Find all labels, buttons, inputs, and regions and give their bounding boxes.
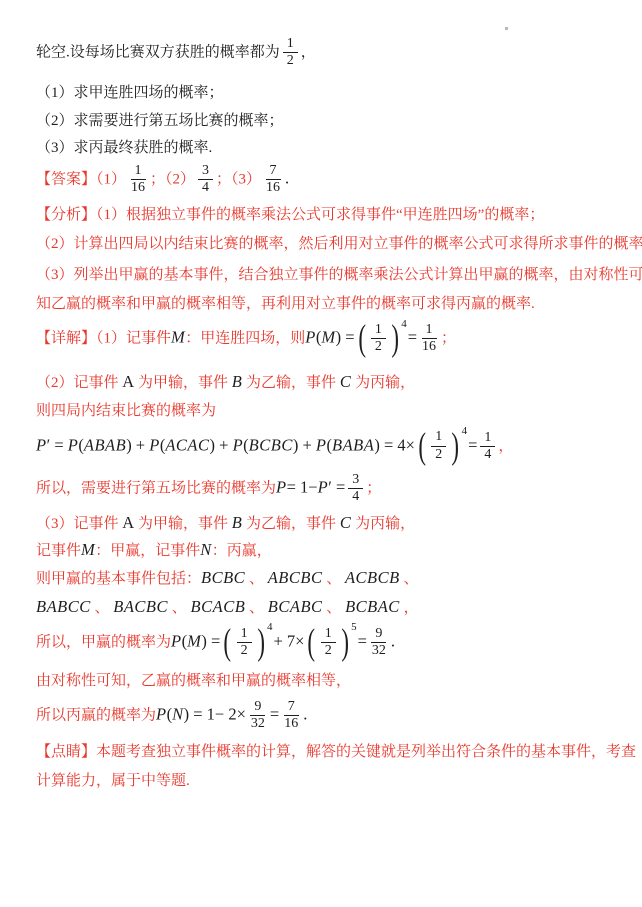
math-run: P	[316, 435, 327, 454]
red-text-run: 为乙输，事件	[242, 516, 340, 532]
fraction-denominator: 16	[420, 339, 438, 355]
text-line-12: 则四局内结束比赛的概率为	[36, 399, 626, 420]
fraction: 12	[237, 626, 252, 659]
red-text-run: 、	[168, 600, 191, 616]
math-run: ACBCB	[345, 568, 400, 587]
fraction-numerator: 1	[237, 626, 252, 643]
red-text-run: 所以，需要进行第五场比赛的概率为	[36, 480, 276, 496]
parenthesized-fraction-power: (12)4	[221, 625, 272, 660]
text-line-14: 所以，需要进行第五场比赛的概率为P= 1−P′ =34；	[36, 472, 626, 505]
red-text-run: ，	[400, 600, 419, 616]
math-run: BABA	[332, 435, 374, 454]
math-run: ) =	[201, 631, 220, 650]
fraction-denominator: 2	[239, 643, 250, 659]
red-text-run: 【点睛】本题考查独立事件概率的计算，解答的关键就是列举出符合条件的基本事件，考查	[36, 744, 636, 760]
math-run: ABCBC	[268, 568, 323, 587]
fraction-denominator: 2	[433, 447, 444, 463]
math-run: = 1−	[287, 477, 318, 496]
math-run: BCABC	[268, 597, 323, 616]
fraction-numerator: 3	[198, 163, 213, 180]
fraction-numerator: 1	[131, 163, 146, 180]
math-run: ) = 4×	[374, 435, 415, 454]
math-run: BCBC	[249, 435, 293, 454]
fraction-numerator: 7	[266, 163, 281, 180]
text-line-9: 知乙赢的概率和甲赢的概率相等，再利用对立事件的概率可求得丙赢的概率.	[36, 292, 626, 313]
text-line-17: 则甲赢的基本事件包括：BCBC 、 ABCBC 、 ACBCB 、	[36, 567, 626, 588]
math-run: P	[68, 435, 79, 454]
text-line-7: （2）计算出四局以内结束比赛的概率，然后利用对立事件的概率公式可求得所求事件的概…	[36, 232, 626, 253]
fraction-numerator: 1	[283, 36, 298, 53]
text-line-11: （2）记事件 A 为甲输，事件 B 为乙输，事件 C 为丙输，	[36, 371, 626, 392]
fraction: 12	[321, 626, 336, 659]
math-run: + 7×	[273, 631, 304, 650]
text-line-10: 【详解】（1）记事件M：甲连胜四场，则P(M) =(12)4=116；	[36, 321, 626, 356]
fraction-denominator: 2	[285, 53, 296, 69]
fraction: 34	[198, 163, 213, 196]
red-text-run: 为丙输，	[351, 516, 415, 532]
red-text-run: 、	[322, 571, 345, 587]
red-text-run: ；	[366, 480, 381, 496]
math-run: P	[305, 328, 316, 347]
red-text-run: 则甲赢的基本事件包括：	[36, 571, 201, 587]
math-run: M	[81, 540, 95, 559]
big-left-paren: (	[418, 429, 426, 464]
fraction-denominator: 4	[350, 489, 361, 505]
red-text-run: 所以，甲赢的概率为	[36, 634, 171, 650]
red-text-run: 为丙输，	[351, 375, 415, 391]
fraction: 716	[282, 699, 300, 732]
document-page: 轮空.设每场比赛双方获胜的概率都为12，（1）求甲连胜四场的概率；（2）求需要进…	[0, 0, 642, 907]
math-run: B	[232, 513, 243, 532]
red-text-run: 、	[400, 571, 419, 587]
text-line-5: 【答案】（1）116；（2）34；（3）716.	[36, 163, 626, 196]
math-run: N	[200, 540, 212, 559]
text-line-21: 所以丙赢的概率为P(N) = 1− 2×932=716.	[36, 699, 626, 732]
math-run: BCBC	[201, 568, 245, 587]
math-run: M	[171, 328, 185, 347]
red-text-run: 、	[91, 600, 114, 616]
math-run: .	[391, 631, 395, 650]
fraction-denominator: 2	[323, 643, 334, 659]
math-run: A	[122, 513, 134, 532]
math-run: ) +	[210, 435, 233, 454]
red-text-run: 则四局内结束比赛的概率为	[36, 403, 216, 419]
red-text-run: ：丙赢，	[212, 543, 272, 559]
math-run: BACBC	[113, 597, 168, 616]
red-text-run: 为甲输，事件	[134, 516, 232, 532]
math-run: P	[318, 477, 329, 496]
text-line-23: 计算能力，属于中等题.	[36, 769, 626, 790]
math-run: ABAB	[84, 435, 126, 454]
red-text-run: 、	[245, 600, 268, 616]
red-text-run: ；（3）	[216, 171, 261, 187]
fraction: 932	[249, 699, 267, 732]
fraction-denominator: 16	[264, 180, 282, 196]
scan-noise-dot	[505, 27, 508, 30]
math-run: ) = 1− 2×	[184, 704, 246, 723]
exponent: 4	[401, 318, 407, 330]
fraction-denominator: 16	[282, 716, 300, 732]
fraction-denominator: 32	[370, 643, 388, 659]
text-run: ，	[301, 44, 316, 60]
red-text-run: （2）记事件	[36, 375, 122, 391]
red-text-run: （3）列举出甲赢的基本事件，结合独立事件的概率乘法公式计算出甲赢的概率，由对称性…	[36, 267, 642, 283]
math-run: C	[340, 372, 352, 391]
text-line-16: 记事件M：甲赢，记事件N：丙赢，	[36, 539, 626, 560]
red-text-run: 记事件	[36, 543, 81, 559]
math-run: =	[358, 631, 367, 650]
parenthesized-fraction-power: (12)4	[356, 321, 407, 356]
fraction: 34	[348, 472, 363, 505]
red-text-run: ：甲赢，记事件	[95, 543, 200, 559]
red-text-run: （3）记事件	[36, 516, 122, 532]
math-run: N	[172, 704, 184, 723]
fraction: 932	[370, 626, 388, 659]
red-text-run: ：甲连胜四场，则	[185, 331, 305, 347]
math-run: ) +	[126, 435, 149, 454]
math-run: B	[232, 372, 243, 391]
big-right-paren: )	[257, 625, 265, 660]
red-text-run: 计算能力，属于中等题.	[36, 773, 190, 789]
big-left-paren: (	[224, 625, 232, 660]
red-text-run: 【答案】（1）	[36, 171, 126, 187]
fraction-numerator: 7	[284, 699, 299, 716]
math-run: M	[187, 631, 201, 650]
fraction-numerator: 9	[250, 699, 265, 716]
fraction-numerator: 3	[348, 472, 363, 489]
math-run: P	[156, 704, 167, 723]
text-line-13: P′ = P(ABAB) + P(ACAC) + P(BCBC) + P(BAB…	[36, 429, 626, 464]
fraction: 716	[264, 163, 282, 196]
math-run: ′ =	[47, 435, 68, 454]
math-run: M	[321, 328, 335, 347]
red-text-run: 由对称性可知，乙赢的概率和甲赢的概率相等，	[36, 673, 351, 689]
fraction-denominator: 2	[373, 339, 384, 355]
fraction: 14	[480, 430, 495, 463]
fraction: 12	[431, 429, 446, 462]
math-run: ) =	[336, 328, 355, 347]
text-line-4: （3）求丙最终获胜的概率.	[36, 136, 626, 157]
text-line-2: （1）求甲连胜四场的概率；	[36, 81, 626, 102]
exponent: 4	[267, 621, 273, 633]
math-run: ) +	[293, 435, 316, 454]
exponent: 5	[351, 621, 357, 633]
fraction-denominator: 4	[200, 180, 211, 196]
red-text-run: 、	[323, 600, 346, 616]
fraction-numerator: 1	[480, 430, 495, 447]
fraction-denominator: 4	[482, 447, 493, 463]
math-run: A	[122, 372, 134, 391]
fraction-numerator: 9	[371, 626, 386, 643]
parenthesized-fraction-power: (12)4	[416, 429, 467, 464]
text-line-1: 轮空.设每场比赛双方获胜的概率都为12，	[36, 36, 626, 69]
fraction: 12	[371, 322, 386, 355]
big-right-paren: )	[391, 321, 399, 356]
text-line-18: BABCC 、 BACBC 、 BCACB 、 BCABC 、 BCBAC ，	[36, 596, 626, 617]
red-text-run: （2）计算出四局以内结束比赛的概率，然后利用对立事件的概率公式可求得所求事件的概…	[36, 236, 642, 252]
solution-text-block: 轮空.设每场比赛双方获胜的概率都为12，（1）求甲连胜四场的概率；（2）求需要进…	[36, 36, 626, 790]
math-run: BABCC	[36, 597, 91, 616]
fraction-denominator: 32	[249, 716, 267, 732]
big-right-paren: )	[341, 625, 349, 660]
red-text-run: 为乙输，事件	[242, 375, 340, 391]
math-run: =	[468, 435, 477, 454]
red-text-run: ，	[498, 438, 513, 454]
math-run: C	[340, 513, 352, 532]
math-run: ACAC	[165, 435, 209, 454]
text-line-6: 【分析】（1）根据独立事件的概率乘法公式可求得事件“甲连胜四场”的概率；	[36, 203, 626, 224]
red-text-run: ；	[441, 331, 456, 347]
fraction-numerator: 1	[371, 322, 386, 339]
fraction-numerator: 1	[422, 322, 437, 339]
math-run: =	[408, 328, 417, 347]
fraction: 12	[283, 36, 298, 69]
parenthesized-fraction-power: (12)5	[305, 625, 356, 660]
text-run: （3）求丙最终获胜的概率.	[36, 140, 212, 156]
red-text-run: 、	[245, 571, 268, 587]
fraction-numerator: 1	[431, 429, 446, 446]
red-text-run: 【详解】（1）记事件	[36, 331, 171, 347]
fraction-numerator: 1	[321, 626, 336, 643]
fraction: 116	[420, 322, 438, 355]
text-line-19: 所以，甲赢的概率为P(M) =(12)4+ 7×(12)5=932.	[36, 625, 626, 660]
big-left-paren: (	[308, 625, 316, 660]
text-run: 轮空.设每场比赛双方获胜的概率都为	[36, 44, 280, 60]
text-line-22: 【点睛】本题考查独立事件概率的计算，解答的关键就是列举出符合条件的基本事件，考查	[36, 740, 626, 761]
fraction-denominator: 16	[129, 180, 147, 196]
red-text-run: 所以丙赢的概率为	[36, 707, 156, 723]
text-line-3: （2）求需要进行第五场比赛的概率；	[36, 109, 626, 130]
red-text-run: 【分析】（1）根据独立事件的概率乘法公式可求得事件“甲连胜四场”的概率；	[36, 207, 544, 223]
math-run: BCACB	[191, 597, 246, 616]
text-run: （2）求需要进行第五场比赛的概率；	[36, 113, 284, 129]
red-text-run: ；（2）	[150, 171, 195, 187]
big-right-paren: )	[452, 429, 460, 464]
text-line-8: （3）列举出甲赢的基本事件，结合独立事件的概率乘法公式计算出甲赢的概率，由对称性…	[36, 263, 626, 284]
math-run: .	[303, 704, 307, 723]
red-text-run: 为甲输，事件	[134, 375, 232, 391]
math-run: P	[171, 631, 182, 650]
math-run: P	[233, 435, 244, 454]
math-run: .	[285, 168, 289, 187]
math-run: BCBAC	[345, 597, 400, 616]
math-run: =	[270, 704, 279, 723]
exponent: 4	[462, 425, 468, 437]
math-run: P	[149, 435, 160, 454]
math-run: ′ =	[328, 477, 345, 496]
fraction: 116	[129, 163, 147, 196]
text-run: （1）求甲连胜四场的概率；	[36, 85, 224, 101]
math-run: P	[276, 477, 287, 496]
big-left-paren: (	[358, 321, 366, 356]
text-line-15: （3）记事件 A 为甲输，事件 B 为乙输，事件 C 为丙输，	[36, 512, 626, 533]
text-line-20: 由对称性可知，乙赢的概率和甲赢的概率相等，	[36, 669, 626, 690]
red-text-run: 知乙赢的概率和甲赢的概率相等，再利用对立事件的概率可求得丙赢的概率.	[36, 296, 535, 312]
math-run: P	[36, 435, 47, 454]
